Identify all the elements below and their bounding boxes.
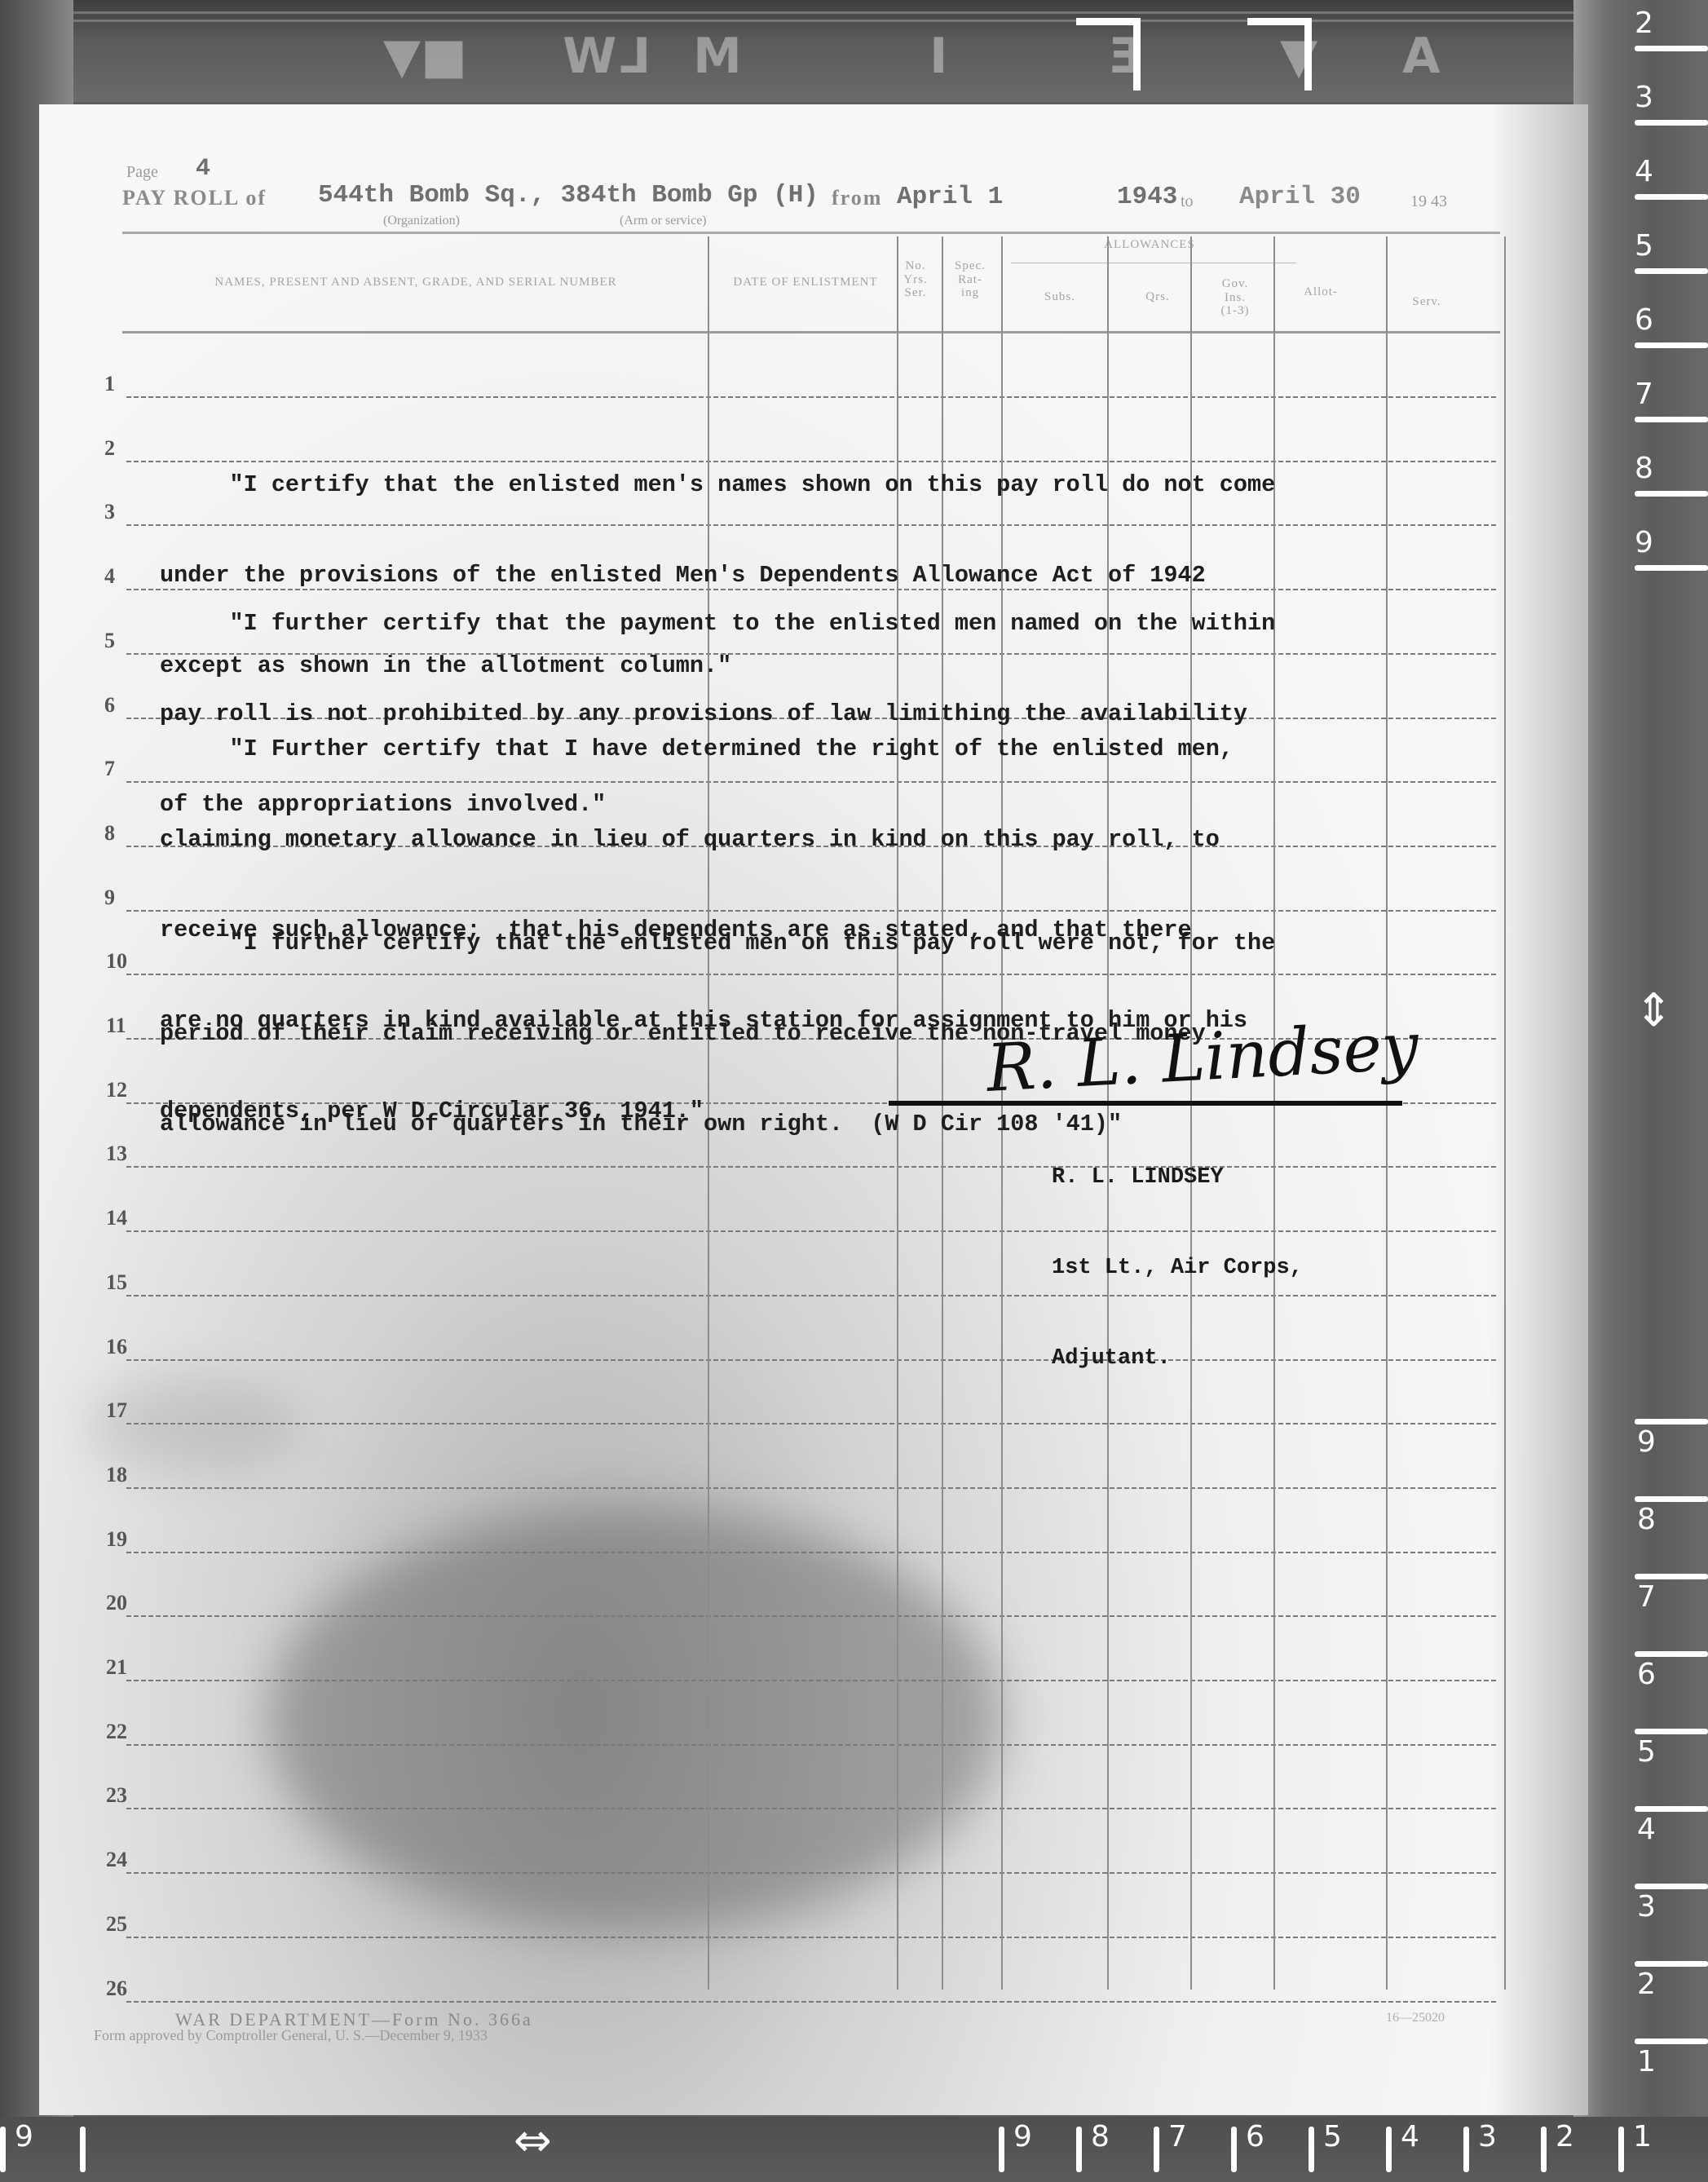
scale-number: 2: [1556, 2120, 1574, 2153]
line-number: 19: [106, 1527, 127, 1552]
scale-number: 9: [1635, 526, 1653, 559]
scale-tick: [1154, 2127, 1159, 2172]
scale-tick: [80, 2127, 86, 2172]
scale-number: 3: [1637, 1890, 1656, 1924]
scale-tick: [1635, 1496, 1708, 1502]
reel-marking: ■▼: [383, 28, 467, 85]
scale-tick: [1635, 342, 1708, 348]
organization-caption: (Organization): [383, 214, 460, 228]
scale-tick: [1076, 2127, 1082, 2172]
scale-number: 9: [1637, 1425, 1656, 1459]
scale-tick: [1635, 1574, 1708, 1579]
print-code: 16—25020: [1386, 2011, 1445, 2025]
column-enlistment-date: DATE OF ENLISTMENT: [716, 276, 895, 289]
ruled-line: [126, 1615, 1496, 1617]
line-number: 6: [104, 693, 115, 718]
ruled-line: [126, 1487, 1496, 1489]
scale-tick: [1231, 2127, 1237, 2172]
scale-tick: [999, 2127, 1004, 2172]
line-number: 5: [104, 629, 115, 653]
line-number: 3: [104, 500, 115, 524]
ruled-line: [126, 2001, 1496, 2003]
line-number: 23: [106, 1783, 127, 1808]
line-number: 11: [106, 1014, 126, 1038]
line-number: 25: [106, 1912, 127, 1937]
to-label: to: [1181, 192, 1194, 211]
from-date: April 1: [897, 183, 1003, 211]
scale-tick: [1463, 2127, 1469, 2172]
scale-tick: [1635, 1806, 1708, 1812]
compress-arrows-icon: ⇔: [514, 2118, 552, 2164]
scale-number: 9: [1013, 2120, 1032, 2153]
reel-marking: W: [563, 28, 616, 85]
page-label: Page: [126, 163, 158, 182]
reel-marking: A: [1402, 28, 1440, 85]
reel-marking: M: [693, 28, 742, 85]
scale-tick: [1635, 1419, 1708, 1424]
signatory-name: R. L. LINDSEY: [1052, 1163, 1303, 1193]
scale-number: 1: [1633, 2120, 1652, 2153]
column-gov-ins: Gov. Ins. (1-3): [1215, 277, 1256, 318]
line-number: 17: [106, 1398, 127, 1423]
scale-tick: [1635, 2038, 1708, 2044]
frame-corner-mark: [1247, 18, 1312, 91]
scale-tick: [1635, 194, 1708, 200]
scale-tick: [1386, 2127, 1392, 2172]
line-number: 12: [106, 1078, 127, 1102]
scale-tick: [1635, 268, 1708, 274]
signatory-block: R. L. LINDSEY 1st Lt., Air Corps, Adjuta…: [1052, 1102, 1303, 1404]
scale-tick: [1635, 1961, 1708, 1967]
line-number: 24: [106, 1848, 127, 1872]
scale-number: 6: [1637, 1658, 1656, 1691]
line-number: 22: [106, 1720, 127, 1744]
frame-corner-mark: [1076, 18, 1141, 91]
to-date: April 30: [1239, 183, 1361, 211]
column-spec-rating: Spec. Rat-ing: [954, 259, 986, 300]
scale-number: 7: [1637, 1580, 1656, 1614]
scale-number: 4: [1637, 1813, 1656, 1846]
scale-tick: [1635, 1651, 1708, 1657]
year-field: 1943: [1117, 183, 1177, 211]
column-divider: [1386, 236, 1388, 1990]
ruled-line: [126, 1872, 1496, 1874]
line-number: 10: [106, 949, 127, 974]
compress-arrows-icon: ⇕: [1635, 988, 1673, 1034]
from-label: from: [832, 186, 882, 210]
scale-tick: [0, 2127, 6, 2172]
scale-tick: [1309, 2127, 1314, 2172]
line-number: 26: [106, 1977, 127, 2001]
film-top-border: [0, 0, 1708, 102]
scale-tick: [1635, 120, 1708, 126]
organization-field: 544th Bomb Sq., 384th Bomb Gp (H): [318, 181, 819, 210]
column-subs: Subs.: [1027, 290, 1092, 304]
ruled-line: [126, 1937, 1496, 1938]
line-number: 2: [104, 436, 115, 461]
year-suffix: 19 43: [1410, 192, 1447, 211]
line-number: 4: [104, 564, 115, 589]
column-names: NAMES, PRESENT AND ABSENT, GRADE, AND SE…: [171, 276, 660, 289]
scale-number: 8: [1637, 1503, 1656, 1536]
ruled-line: [126, 1680, 1496, 1681]
scale-tick: [1618, 2127, 1624, 2172]
column-misc: Serv.: [1402, 295, 1451, 309]
column-divider: [1504, 236, 1506, 1990]
ruled-line: [126, 1744, 1496, 1746]
line-number: 1: [104, 372, 115, 396]
scale-number: 9: [15, 2120, 33, 2153]
signatory-title: Adjutant.: [1052, 1344, 1303, 1374]
line-number: 14: [106, 1206, 127, 1230]
scale-tick: [1635, 491, 1708, 497]
pay-roll-title: PAY ROLL of: [122, 186, 267, 210]
scale-tick: [1635, 1884, 1708, 1889]
scale-number: 2: [1637, 1968, 1656, 2001]
scale-tick: [1635, 1729, 1708, 1734]
scale-tick: [1635, 417, 1708, 422]
scale-number: 8: [1635, 452, 1653, 485]
scale-number: 5: [1635, 229, 1653, 263]
signatory-rank: 1st Lt., Air Corps,: [1052, 1253, 1303, 1283]
ruled-line: [126, 1552, 1496, 1553]
arm-caption: (Arm or service): [620, 214, 707, 228]
reel-marking: L: [620, 28, 651, 85]
line-number: 8: [104, 821, 115, 846]
ruled-line: [126, 1808, 1496, 1809]
line-number: 7: [104, 757, 115, 781]
scale-number: 1: [1637, 2045, 1656, 2078]
line-number: 20: [106, 1591, 127, 1615]
ruled-line: [126, 1423, 1496, 1424]
form-approval: Form approved by Comptroller General, U.…: [94, 2027, 488, 2044]
line-number: 16: [106, 1335, 127, 1359]
scale-number: 6: [1635, 303, 1653, 337]
column-years-service: No. Yrs. Ser.: [903, 259, 928, 300]
scale-number: 4: [1401, 2120, 1419, 2153]
scale-tick: [1541, 2127, 1547, 2172]
scale-tick: [1635, 46, 1708, 51]
scale-number: 3: [1478, 2120, 1497, 2153]
line-number: 15: [106, 1270, 127, 1295]
scale-number: 5: [1637, 1735, 1656, 1769]
scale-number: 5: [1323, 2120, 1342, 2153]
scale-number: 7: [1635, 378, 1653, 411]
scale-number: 8: [1091, 2120, 1110, 2153]
line-number: 21: [106, 1655, 127, 1680]
line-number: 9: [104, 886, 115, 910]
column-allowances: ALLOWANCES: [1011, 238, 1288, 252]
ruled-line: [126, 396, 1496, 398]
line-number: 18: [106, 1463, 127, 1487]
scale-tick: [1635, 565, 1708, 571]
scale-number: 4: [1635, 155, 1653, 188]
scale-number: 6: [1246, 2120, 1264, 2153]
film-bottom-border: [0, 2117, 1708, 2182]
scale-number: 3: [1635, 81, 1653, 114]
column-qrs: Qrs.: [1133, 290, 1182, 304]
column-allotment: Allot-: [1296, 285, 1345, 299]
page-number: 4: [196, 155, 210, 183]
scale-number: 2: [1635, 7, 1653, 40]
scale-number: 7: [1168, 2120, 1187, 2153]
line-number: 13: [106, 1142, 127, 1166]
reel-marking: I: [929, 28, 947, 85]
